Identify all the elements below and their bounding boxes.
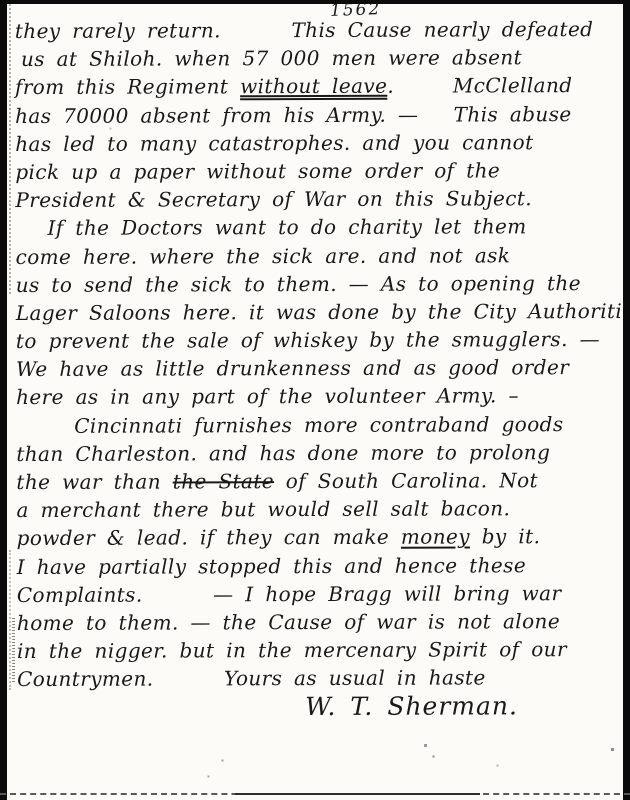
- letter-line: they rarely return. This Cause nearly de…: [13, 15, 615, 45]
- letter-line: powder & lead. if they can make money by…: [15, 522, 617, 552]
- left-edge-fold-marks-top: [9, 4, 11, 294]
- letter-line: Lager Saloons here. it was done by the C…: [14, 297, 616, 327]
- letter-line: Cincinnati furnishes more contraband goo…: [14, 410, 616, 440]
- letter-line: If the Doctors want to do charity let th…: [13, 212, 615, 242]
- letter-line: We have as little drunkenness and as goo…: [14, 353, 616, 383]
- letter-line: Countrymen. Yours as usual in haste: [15, 663, 617, 693]
- letter-line: here as in any part of the volunteer Arm…: [14, 381, 616, 411]
- letter-body: they rarely return. This Cause nearly de…: [13, 15, 617, 722]
- scan-border-top: [0, 0, 630, 4]
- letter-line: a merchant there but would sell salt bac…: [14, 494, 616, 524]
- letter-line: pick up a paper without some order of th…: [13, 156, 615, 186]
- letter-line: the war than the State of South Carolina…: [14, 466, 616, 496]
- letter-line: home to them. — the Cause of war is not …: [15, 607, 617, 637]
- letter-line: come here. where the sick are. and not a…: [14, 240, 616, 270]
- letter-line: President & Secretary of War on this Sub…: [13, 184, 615, 214]
- scanned-letter-page: 1562 they rarely return. This Cause near…: [0, 0, 630, 800]
- scan-border-right: [623, 0, 630, 800]
- left-edge-fold-marks-mid: [9, 550, 11, 690]
- letter-line: to prevent the sale of whiskey by the sm…: [14, 325, 616, 355]
- bottom-perforation-solid: [235, 793, 480, 795]
- letter-line: in the nigger. but in the mercenary Spir…: [15, 635, 617, 665]
- letter-line: Complaints. — I hope Bragg will bring wa…: [15, 579, 617, 609]
- letter-line: I have partially stopped this and hence …: [15, 551, 617, 581]
- signature-line: W. T. Sherman.: [15, 691, 617, 721]
- letter-line: than Charleston. and has done more to pr…: [14, 438, 616, 468]
- letter-line: us at Shiloh. when 57 000 men were absen…: [13, 43, 615, 73]
- letter-line: from this Regiment without leave. McClel…: [13, 71, 615, 101]
- letter-line: us to send the sick to them. — As to ope…: [14, 269, 616, 299]
- margin-micro-stamp: [12, 618, 15, 684]
- scan-speckles: [0, 0, 1, 1]
- letter-line: has led to many catastrophes. and you ca…: [13, 128, 615, 158]
- letter-line: has 70000 absent from his Army. — This a…: [13, 100, 615, 130]
- scan-border-left: [0, 0, 7, 800]
